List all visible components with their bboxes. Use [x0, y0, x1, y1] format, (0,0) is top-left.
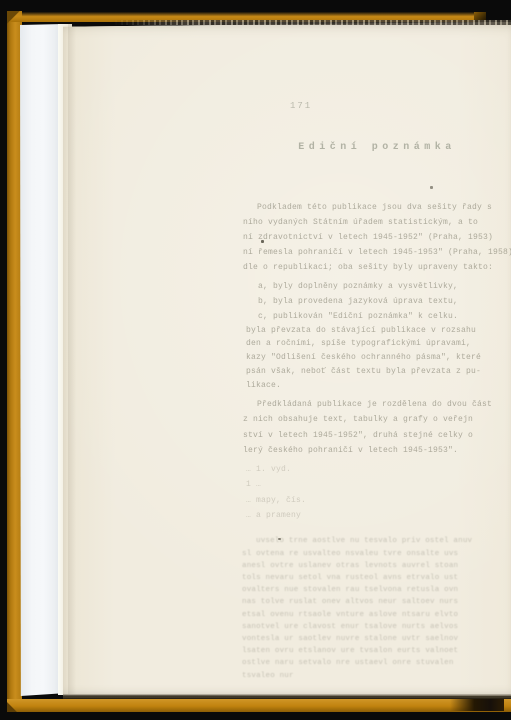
bleedthrough-line: ní zdravotnictví v letech 1945-1952" (Pr…	[243, 230, 493, 245]
book-cover-worn-corner	[450, 699, 504, 711]
bleedthrough-line: vontesla ur saotlev nuvre stalone uvtr s…	[242, 633, 458, 645]
bleedthrough-list-item: a, byly doplněny poznámky a vysvětlivky,	[243, 279, 458, 294]
book-cover-corner-fold	[7, 698, 25, 712]
ink-speck	[261, 240, 264, 243]
bleedthrough-heading: Ediční poznámka	[284, 140, 470, 155]
ink-speck	[278, 538, 281, 540]
book-cover-left-edge	[7, 11, 22, 712]
bleedthrough-line: Podkladem této publikace jsou dva sešity…	[243, 200, 492, 215]
bleedthrough-line: sanotvel ure clavost enur tsalove nurts …	[242, 621, 458, 633]
page-top-deckle-edge	[112, 20, 511, 25]
bleedthrough-page-number: 171	[290, 99, 320, 114]
bleedthrough-line: … mapy, čís.	[246, 493, 306, 508]
bleedthrough-line: anesl ovtre uslanev otras levnots auvrel…	[242, 560, 458, 572]
bleedthrough-line: Předkládaná publikace je rozdělena do dv…	[243, 397, 492, 412]
page-gutter-shadow	[68, 24, 76, 694]
bleedthrough-line: lsaten ovru etslanov ure tvsalon eurts v…	[242, 645, 458, 657]
bleedthrough-line: den a ročními, spíše typografickými úpra…	[246, 337, 471, 351]
bleedthrough-illegible-block: uvselo trne aostlve nu tesvalo priv oste…	[242, 511, 494, 682]
bleedthrough-line: kazy "Odlišení českého ochranného pásma"…	[246, 351, 481, 365]
bleedthrough-line: ovalters nue stovalen rau tselvona retus…	[242, 584, 458, 596]
bleedthrough-line: ního vydaných Státním úřadem statistický…	[243, 215, 478, 230]
bleedthrough-line: tsvaleo nur	[242, 670, 294, 682]
bleedthrough-line: uvselo trne aostlve nu tesvalo priv oste…	[242, 535, 472, 547]
ink-speck	[430, 186, 433, 189]
bleedthrough-line: sl ovtena re usvalteo nsvaleu tvre onsal…	[242, 548, 458, 560]
bleedthrough-line: 1 …	[246, 477, 261, 492]
bleedthrough-line: tols nevaru setol vna rusteol avns etrva…	[242, 572, 458, 584]
bleedthrough-faint-list: … 1. vyd. 1 … … mapy, čís. … a prameny	[246, 431, 356, 523]
bleedthrough-line: etsal ovenu rtsaole vnture aslove ntsaru…	[242, 609, 458, 621]
book-cover-bottom-edge	[7, 699, 511, 712]
book-scan: 171 Ediční poznámka Podkladem této publi…	[0, 0, 511, 720]
endpaper-page	[20, 24, 63, 696]
bleedthrough-line: … 1. vyd.	[246, 462, 291, 477]
bleedthrough-line: ostlve naru setvalo nre ustaevl onre stu…	[242, 657, 454, 669]
bleedthrough-line: z nich obsahuje text, tabulky a grafy o …	[243, 412, 473, 427]
bleedthrough-line: nas tolve ruslat onev altvos neur saltoe…	[242, 596, 458, 608]
bleedthrough-line: byla převzata do stávající publikace v r…	[246, 324, 476, 338]
